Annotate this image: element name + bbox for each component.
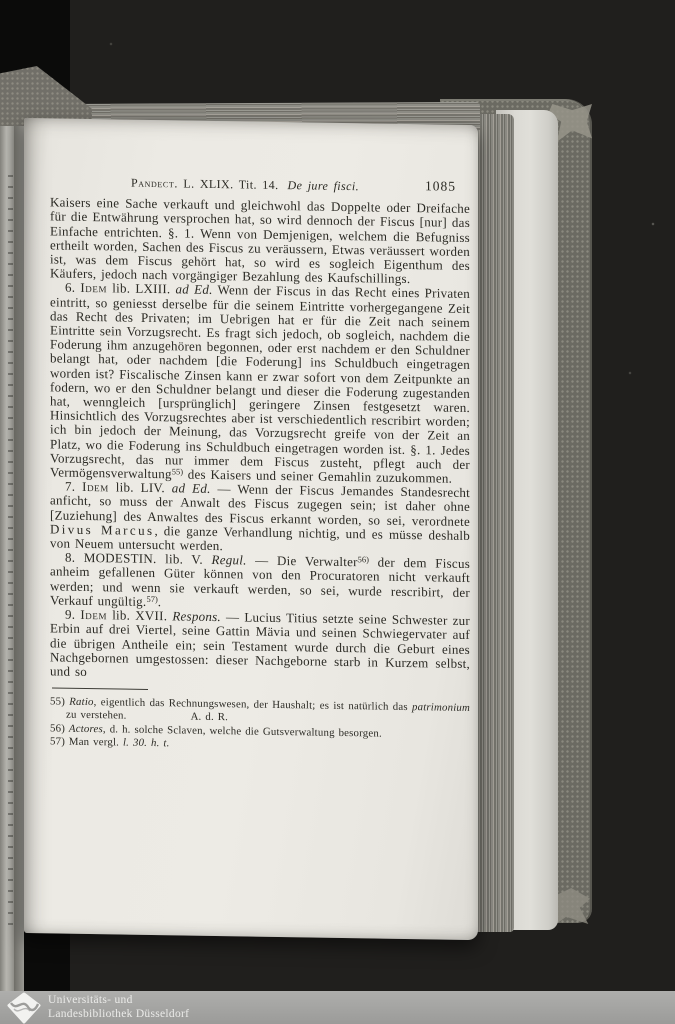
ulb-logo [5, 992, 43, 1024]
banner-text: Universitäts- und Landesbibliothek Düsse… [48, 994, 189, 1021]
paragraph-section-9: 9. Idem lib. XVII. Respons. — Lucius Tit… [50, 608, 470, 686]
page-header: Pandect. L. XLIX. Tit. 14.De jure fisci.… [50, 174, 440, 194]
banner-line1: Universitäts- und [48, 994, 189, 1008]
footnote-rule [52, 688, 148, 691]
book-scan-photo: Pandect. L. XLIX. Tit. 14.De jure fisci.… [0, 0, 675, 1024]
dust-specks [0, 0, 2, 2]
facing-page-edge [0, 126, 14, 992]
book-gutter-shadow [14, 126, 24, 992]
page-text-block: Pandect. L. XLIX. Tit. 14.De jure fisci.… [50, 174, 470, 755]
book-page: Pandect. L. XLIX. Tit. 14.De jure fisci.… [24, 118, 478, 940]
page-number: 1085 [425, 179, 456, 194]
paragraph-section-6: 6. Idem lib. LXIII. ad Ed. Wenn der Fisc… [50, 281, 470, 486]
library-banner: Universitäts- und Landesbibliothek Düsse… [0, 991, 675, 1024]
running-title: Pandect. L. XLIX. Tit. 14.De jure fisci. [131, 176, 359, 194]
banner-line2: Landesbibliothek Düsseldorf [48, 1008, 189, 1022]
paragraph-continuation: Kaisers eine Sache verkauft und gleichwo… [50, 196, 470, 288]
paragraph-section-8: 8. MODESTIN. lib. V. Regul. — Die Verwal… [50, 551, 470, 614]
paragraph-section-7: 7. Idem lib. LIV. ad Ed. — Wenn der Fisc… [50, 480, 470, 558]
